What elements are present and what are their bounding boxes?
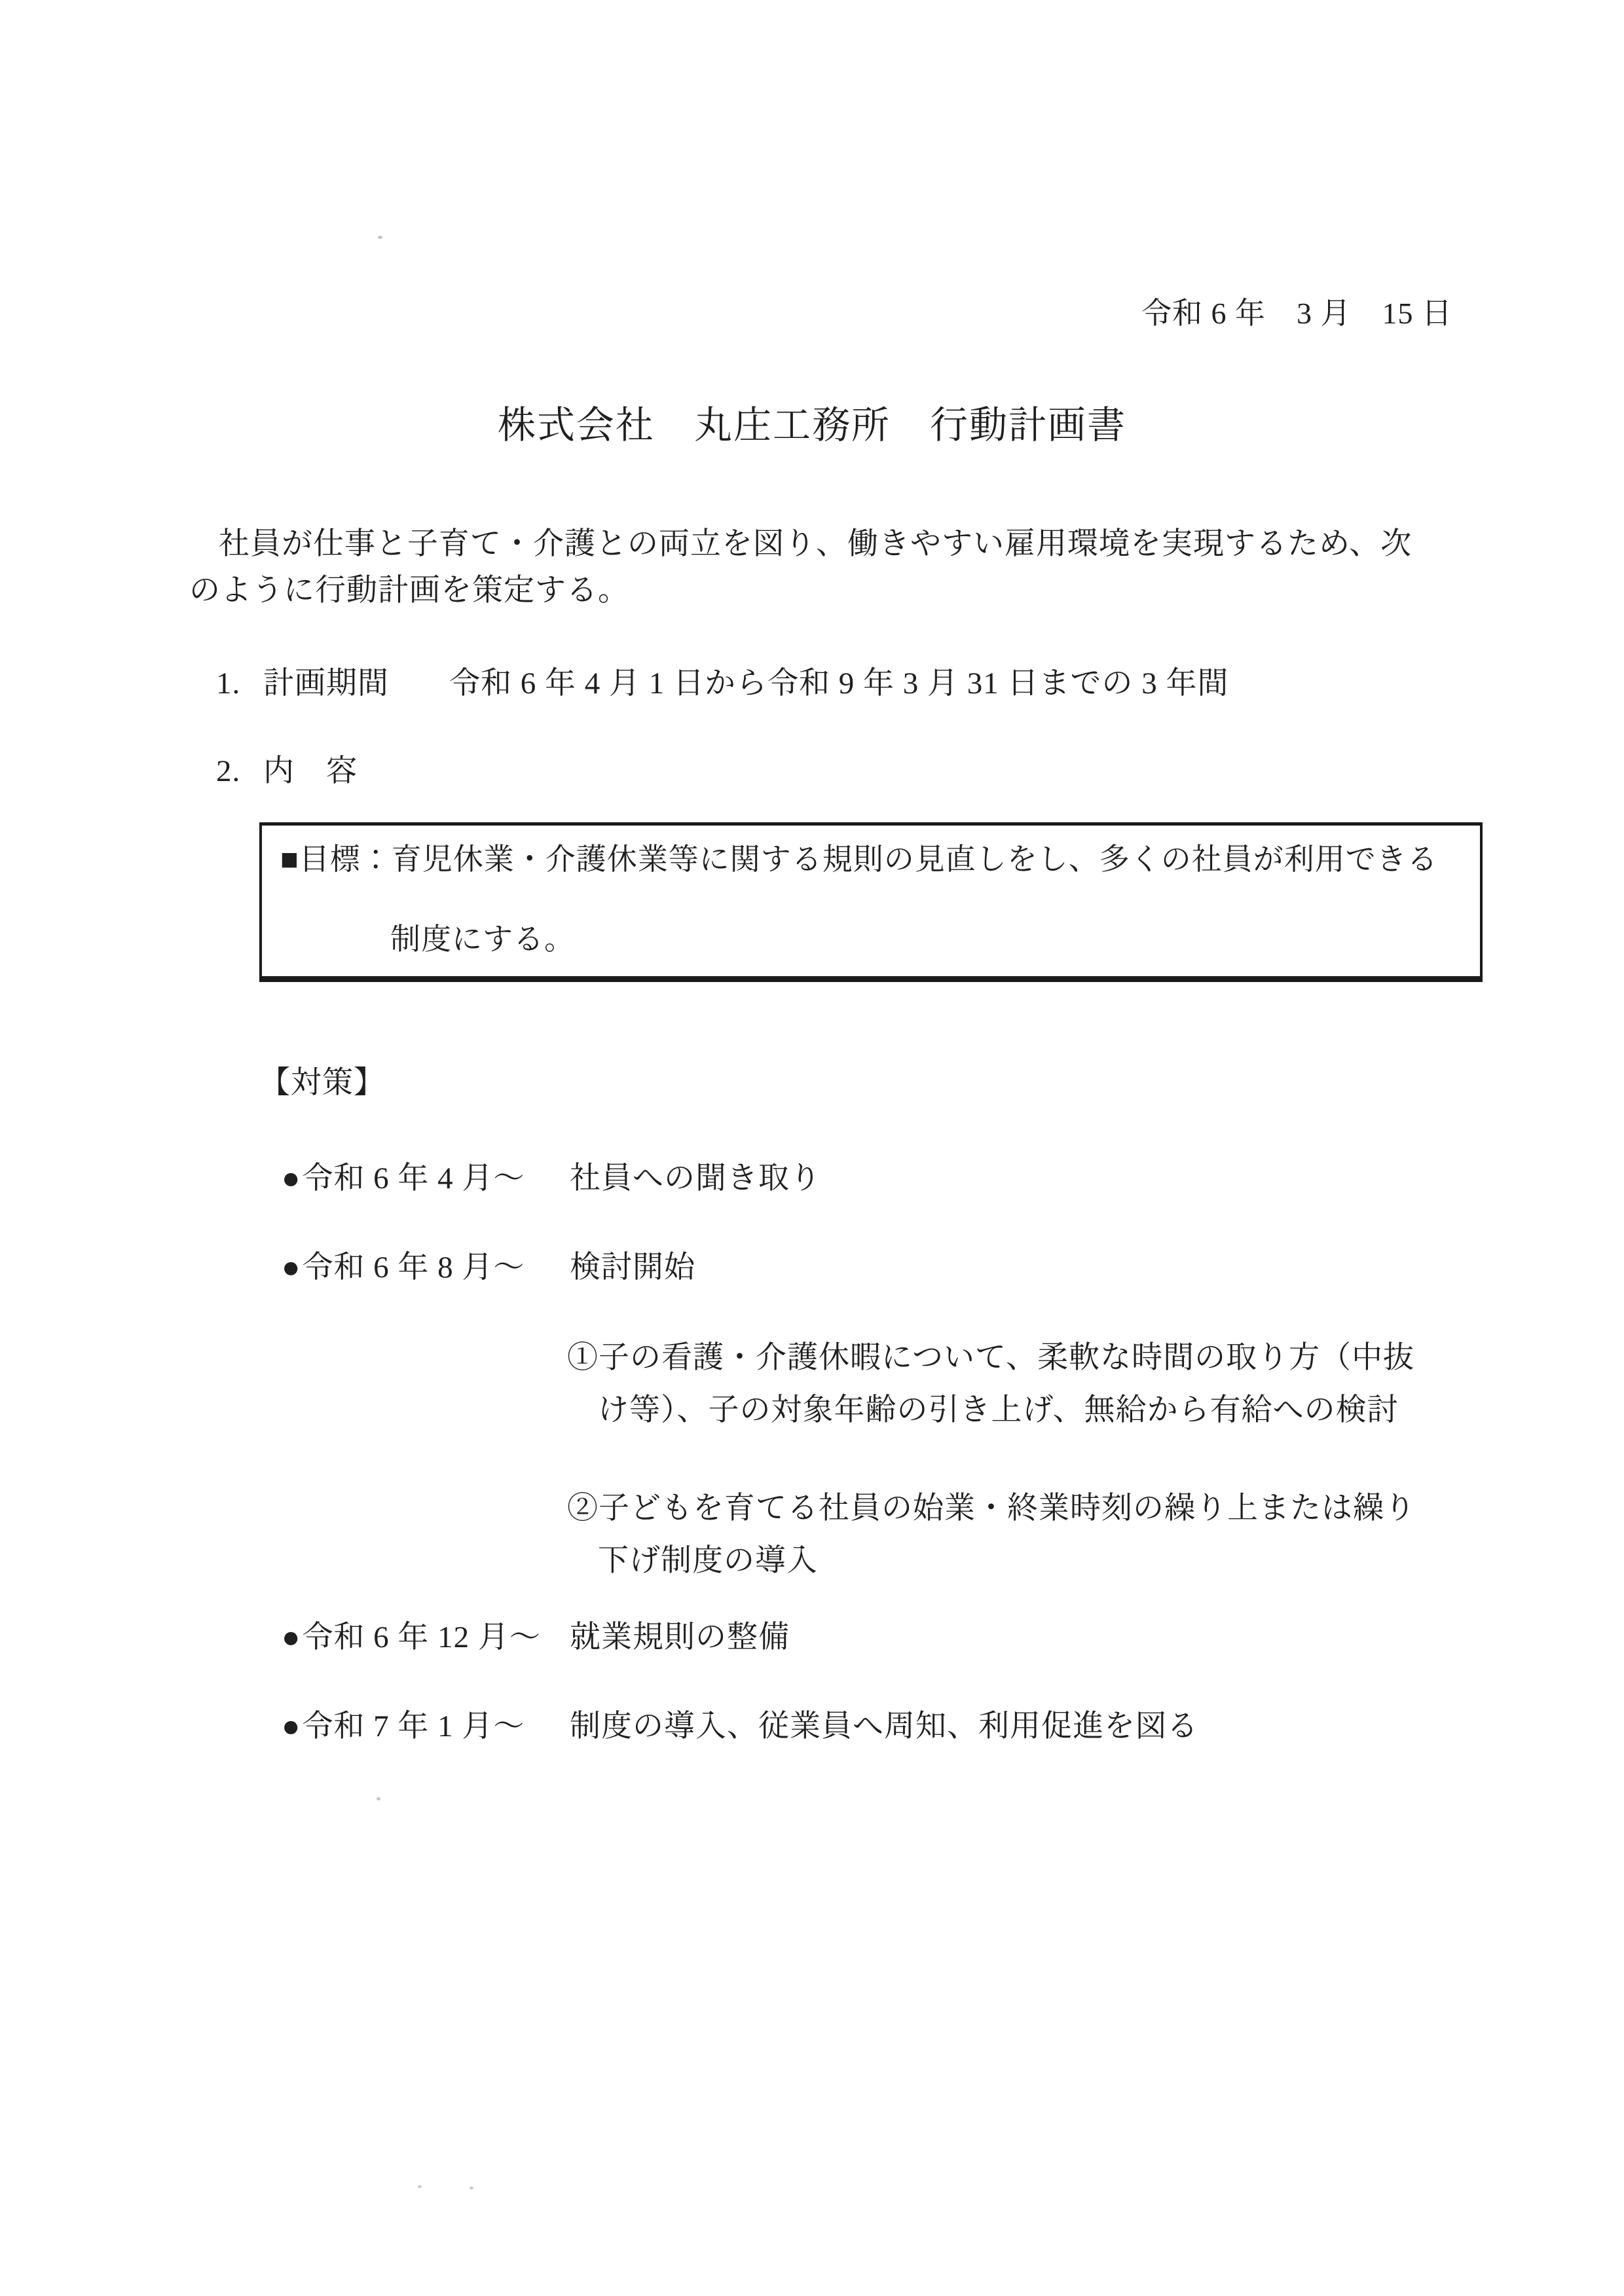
measure-period-text: 令和 6 年 4 月～ — [302, 1154, 525, 1197]
scan-artifact-dot — [377, 1797, 380, 1800]
section-label: 計画期間 — [263, 659, 389, 702]
bullet-icon: ● — [282, 1620, 301, 1655]
section-number: 1. — [216, 666, 263, 701]
bullet-icon: ● — [282, 1161, 301, 1196]
section-number: 2. — [216, 754, 263, 789]
bullet-icon: ● — [282, 1709, 301, 1744]
measure-period-text: 令和 7 年 1 月～ — [302, 1702, 525, 1745]
section-contents: 2. 内 容 — [216, 746, 358, 790]
measure-period: ● 令和 7 年 1 月～ — [282, 1702, 570, 1745]
measure-text: 就業規則の整備 — [570, 1613, 790, 1656]
goal-box: ■目標：育児休業・介護休業等に関する規則の見直しをし、多くの社員が利用できる 制… — [259, 822, 1483, 982]
plan-period-value: 令和 6 年 4 月 1 日から令和 9 年 3 月 31 日までの 3 年間 — [449, 659, 1229, 702]
measure-period-text: 令和 6 年 8 月～ — [302, 1243, 525, 1286]
measure-period: ● 令和 6 年 12 月～ — [282, 1613, 570, 1656]
measure-row: ● 令和 7 年 1 月～ 制度の導入、従業員へ周知、利用促進を図る — [282, 1702, 1198, 1745]
measure-period: ● 令和 6 年 4 月～ — [282, 1154, 570, 1197]
measure-row: ● 令和 6 年 12 月～ 就業規則の整備 — [282, 1613, 790, 1656]
scan-artifact-dot — [378, 236, 382, 239]
goal-label: ■目標： — [280, 843, 392, 876]
document-page: 令和 6 年 3 月 15 日 株式会社 丸庄工務所 行動計画書 社員が仕事と子… — [0, 0, 1624, 2296]
goal-line-2: 制度にする。 — [390, 920, 1462, 959]
measure-text: 検討開始 — [570, 1243, 695, 1286]
measure-text: 社員への聞き取り — [570, 1154, 821, 1197]
measure-subitem: ①子の看護・介護休暇について、柔軟な時間の取り方（中抜 け等）、子の対象年齢の引… — [567, 1332, 1528, 1436]
document-title: 株式会社 丸庄工務所 行動計画書 — [0, 394, 1624, 449]
section-plan-period: 1. 計画期間 令和 6 年 4 月 1 日から令和 9 年 3 月 31 日ま… — [216, 659, 1229, 702]
measure-subitem: ②子どもを育てる社員の始業・終業時刻の繰り上または繰り 下げ制度の導入 — [567, 1482, 1528, 1587]
document-date: 令和 6 年 3 月 15 日 — [1141, 289, 1452, 333]
scan-artifact-dot — [470, 2187, 473, 2189]
scan-artifact-dot — [418, 2185, 422, 2188]
section-label: 内 容 — [263, 746, 358, 790]
bullet-icon: ● — [282, 1250, 301, 1285]
measures-heading: 【対策】 — [259, 1058, 385, 1102]
measure-period: ● 令和 6 年 8 月～ — [282, 1243, 570, 1286]
measure-period-text: 令和 6 年 12 月～ — [302, 1613, 541, 1656]
measure-row: ● 令和 6 年 8 月～ 検討開始 — [282, 1243, 695, 1286]
goal-line-1: ■目標：育児休業・介護休業等に関する規則の見直しをし、多くの社員が利用できる — [280, 840, 1462, 879]
goal-text: 育児休業・介護休業等に関する規則の見直しをし、多くの社員が利用できる — [392, 843, 1438, 876]
intro-paragraph: 社員が仕事と子育て・介護との両立を図り、働きやすい雇用環境を実現するため、次 の… — [189, 521, 1499, 614]
measure-text: 制度の導入、従業員へ周知、利用促進を図る — [570, 1702, 1198, 1745]
measure-row: ● 令和 6 年 4 月～ 社員への聞き取り — [282, 1154, 821, 1197]
